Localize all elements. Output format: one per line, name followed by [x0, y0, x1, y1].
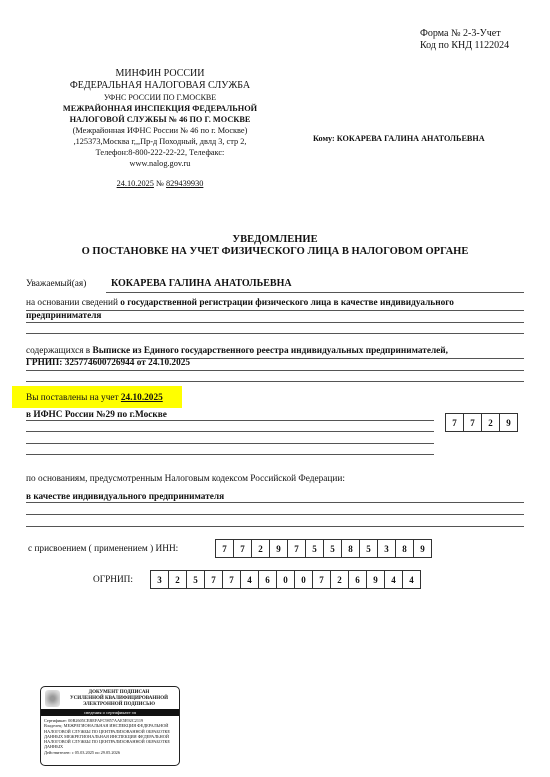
owner-label: Владелец: — [44, 723, 63, 728]
digit-cell: 5 — [306, 540, 324, 557]
knd-code: Код по КНД 1122024 — [420, 40, 509, 52]
electronic-signature-stamp: ДОКУМЕНТ ПОДПИСАН УСИЛЕННОЙ КВАЛИФИЦИРОВ… — [40, 686, 180, 766]
stamp-title-line3: ЭЛЕКТРОННОЙ ПОДПИСЬЮ — [61, 702, 177, 708]
number-sign: № — [156, 179, 164, 188]
digit-cell: 9 — [270, 540, 288, 557]
contained-value-line1: Выписке из Единого государственного реес… — [93, 346, 448, 356]
digit-cell: 5 — [187, 571, 205, 588]
underline — [26, 431, 434, 432]
digit-cell: 0 — [295, 571, 313, 588]
underline — [26, 322, 524, 323]
digit-cell: 5 — [324, 540, 342, 557]
owner-value: МЕЖРЕГИОНАЛЬНАЯ ИНСПЕКЦИЯ ФЕДЕРАЛЬНОЙ НА… — [44, 723, 170, 749]
certificate-value: 00B2605CEBEFAFC9857AAE5E92C2119 — [68, 718, 143, 723]
phone: Телефон:8-800-222-22-22, Телефакс: — [30, 147, 290, 158]
ogrnip-label: ОГРНИП: — [93, 575, 133, 585]
department: УФНС РОССИИ ПО Г.МОСКВЕ — [30, 92, 290, 103]
digit-cell: 7 — [223, 571, 241, 588]
digit-cell: 7 — [234, 540, 252, 557]
underline — [26, 526, 524, 527]
address: ,125373,Москва г,,,Пр-д Походный, двлд 3… — [30, 136, 290, 147]
doc-date: 24.10.2025 — [117, 179, 154, 188]
website: www.nalog.gov.ru — [30, 158, 290, 169]
digit-cell: 9 — [367, 571, 385, 588]
basis-value-line2: предпринимателя — [26, 311, 101, 321]
registered-date: 24.10.2025 — [121, 393, 163, 403]
digit-cell: 4 — [403, 571, 420, 588]
underline — [26, 502, 524, 503]
digit-cell: 7 — [288, 540, 306, 557]
digit-cell: 6 — [349, 571, 367, 588]
inspection-line1: МЕЖРАЙОННАЯ ИНСПЕКЦИЯ ФЕДЕРАЛЬНОЙ — [30, 103, 290, 114]
digit-cell: 2 — [169, 571, 187, 588]
valid-value: с 05.03.2025 по 29.05.2026 — [72, 750, 120, 755]
stamp-bar: сведения о сертификате эп — [41, 709, 179, 716]
page-title: УВЕДОМЛЕНИЕ О ПОСТАНОВКЕ НА УЧЕТ ФИЗИЧЕС… — [20, 234, 530, 258]
digit-cell: 2 — [331, 571, 349, 588]
tax-authority: в ИФНС России №29 по г.Москве — [26, 410, 167, 420]
owner-row: Владелец: МЕЖРЕГИОНАЛЬНАЯ ИНСПЕКЦИЯ ФЕДЕ… — [44, 723, 176, 749]
digit-cell: 9 — [500, 414, 517, 431]
digit-cell: 4 — [241, 571, 259, 588]
underline — [26, 420, 434, 421]
coat-of-arms-icon — [45, 690, 60, 707]
digit-cell: 9 — [414, 540, 431, 557]
doc-date-number: 24.10.2025 № 829439930 — [30, 178, 290, 189]
ministry: МИНФИН РОССИИ — [30, 68, 290, 80]
digit-cell: 3 — [151, 571, 169, 588]
registered-line: Вы поставлены на учет 24.10.2025 — [26, 393, 163, 403]
service: ФЕДЕРАЛЬНАЯ НАЛОГОВАЯ СЛУЖБА — [30, 80, 290, 92]
digit-cell: 6 — [259, 571, 277, 588]
digit-cell: 8 — [396, 540, 414, 557]
ogrnip-value: 325774600726944 — [150, 570, 421, 589]
digit-cell: 3 — [378, 540, 396, 557]
contained-value-line2: ГРНИП: 325774600726944 от 24.10.2025 — [26, 358, 190, 368]
underline — [26, 443, 434, 444]
greeting-name: КОКАРЕВА ГАЛИНА АНАТОЛЬЕВНА — [111, 278, 292, 289]
underline — [26, 381, 524, 382]
underline — [26, 454, 434, 455]
title-line2: О ПОСТАНОВКЕ НА УЧЕТ ФИЗИЧЕСКОГО ЛИЦА В … — [20, 246, 530, 258]
registered-label: Вы поставлены на учет — [26, 393, 119, 403]
contained-line1: содержащихся в Выписке из Единого госуда… — [26, 346, 448, 356]
digit-cell: 8 — [342, 540, 360, 557]
underline — [106, 292, 524, 293]
digit-cell: 7 — [205, 571, 223, 588]
inn-label: с присвоением ( применением ) ИНН: — [28, 544, 178, 554]
basis-label: на основании сведений — [26, 298, 118, 308]
basis-line1: на основании сведений о государственной … — [26, 298, 454, 308]
title-line1: УВЕДОМЛЕНИЕ — [20, 234, 530, 246]
digit-cell: 0 — [277, 571, 295, 588]
certificate-label: Сертификат: — [44, 718, 67, 723]
contained-label: содержащихся в — [26, 346, 90, 356]
digit-cell: 2 — [482, 414, 500, 431]
doc-number: 829439930 — [166, 179, 203, 188]
inspection-short: (Межрайонная ИФНС России № 46 по г. Моск… — [30, 125, 290, 136]
form-number: Форма № 2-3-Учет — [420, 28, 509, 40]
underline — [26, 333, 524, 334]
basis-value-line1: о государственной регистрации физическог… — [120, 298, 454, 308]
underline — [26, 514, 524, 515]
grounds-label: по основаниям, предусмотренным Налоговым… — [26, 474, 345, 484]
underline — [26, 370, 524, 371]
inspection-line2: НАЛОГОВОЙ СЛУЖБЫ № 46 ПО Г. МОСКВЕ — [30, 114, 290, 125]
digit-cell: 2 — [252, 540, 270, 557]
recipient: Кому: КОКАРЕВА ГАЛИНА АНАТОЛЬЕВНА — [313, 134, 485, 143]
digit-cell: 7 — [313, 571, 331, 588]
stamp-body: Сертификат: 00B2605CEBEFAFC9857AAE5E92C2… — [44, 718, 176, 755]
digit-cell: 5 — [360, 540, 378, 557]
valid-row: Действителен: с 05.03.2025 по 29.05.2026 — [44, 750, 176, 755]
digit-cell: 7 — [446, 414, 464, 431]
stamp-title: ДОКУМЕНТ ПОДПИСАН УСИЛЕННОЙ КВАЛИФИЦИРОВ… — [61, 690, 177, 708]
inn-value: 772975585389 — [215, 539, 432, 558]
issuer-header: МИНФИН РОССИИ ФЕДЕРАЛЬНАЯ НАЛОГОВАЯ СЛУЖ… — [30, 68, 290, 189]
grounds-value: в качестве индивидуального предпринимате… — [26, 492, 224, 502]
greeting-label: Уважаемый(ая) — [26, 279, 86, 289]
valid-label: Действителен: — [44, 750, 71, 755]
form-code: Форма № 2-3-Учет Код по КНД 1122024 — [420, 28, 509, 52]
digit-cell: 7 — [216, 540, 234, 557]
authority-code: 7729 — [445, 413, 518, 432]
digit-cell: 4 — [385, 571, 403, 588]
digit-cell: 7 — [464, 414, 482, 431]
